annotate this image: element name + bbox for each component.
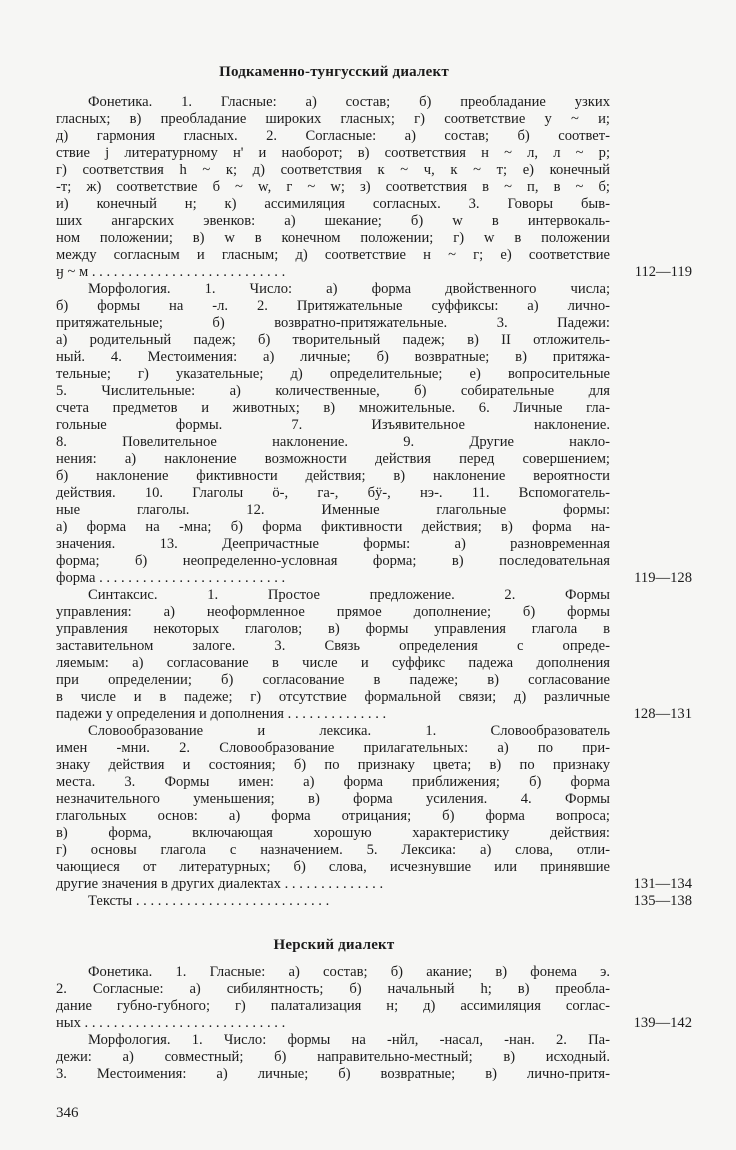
text-line: управления: а) неоформленное прямое допо… [56, 604, 696, 621]
line-text: другие значения в других диалектах . . .… [56, 876, 610, 893]
line-text: между согласным и гласным; д) соответств… [56, 247, 610, 264]
text-line: чающиеся от литературных; б) слова, исче… [56, 859, 696, 876]
line-text: г) основы глагола с назначением. 5. Лекс… [56, 842, 610, 859]
line-text: значения. 13. Деепричастные формы: а) ра… [56, 536, 610, 553]
line-text: счета предметов и животных; в) множитель… [56, 400, 610, 417]
line-text: ном положении; в) w в конечном положении… [56, 230, 610, 247]
line-text: форма; б) неопределенно-условная форма; … [56, 553, 610, 570]
text-line: действия. 10. Глаголы ӧ-, га-, бӱ-, нэ-.… [56, 485, 696, 502]
line-text: а) форма на -мна; б) форма фиктивности д… [56, 519, 610, 536]
toc-entry-line: ӈ ~ м . . . . . . . . . . . . . . . . . … [56, 264, 696, 281]
text-line: управления некоторых глаголов; в) формы … [56, 621, 696, 638]
line-text: и) конечный н; к) ассимиляция согласных.… [56, 196, 610, 213]
text-line: 8. Повелительное наклонение. 9. Другие н… [56, 434, 696, 451]
text-line: гласных; в) преобладание широких гласных… [56, 111, 696, 128]
line-text: места. 3. Формы имен: а) форма приближен… [56, 774, 610, 791]
line-text: Тексты . . . . . . . . . . . . . . . . .… [88, 893, 610, 910]
text-line: 3. Местоимения: а) личные; б) возвратные… [56, 1066, 696, 1083]
line-text: в числе и в падеже; г) отсутствие формал… [56, 689, 610, 706]
line-text: д) гармония гласных. 2. Согласные: а) со… [56, 128, 610, 145]
text-line: Словообразование и лексика. 1. Словообра… [56, 723, 696, 740]
text-line: Синтаксис. 1. Простое предложение. 2. Фо… [56, 587, 696, 604]
text-line: б) формы на -л. 2. Притяжательные суффик… [56, 298, 696, 315]
line-text: гласных; в) преобладание широких гласных… [56, 111, 610, 128]
line-text: дежи: а) совместный; б) направительно-ме… [56, 1049, 610, 1066]
toc-entry-line: Тексты . . . . . . . . . . . . . . . . .… [56, 893, 696, 910]
text-line: форма; б) неопределенно-условная форма; … [56, 553, 696, 570]
line-text: глагольных основ: а) форма отрицания; б)… [56, 808, 610, 825]
text-line: ный. 4. Местоимения: а) личные; б) возвр… [56, 349, 696, 366]
line-text: дание губно-губного; г) палатализация н;… [56, 998, 610, 1015]
toc-entry-line: другие значения в других диалектах . . .… [56, 876, 696, 893]
text-line: глагольных основ: а) форма отрицания; б)… [56, 808, 696, 825]
page-range: 135—138 [622, 893, 692, 910]
text-line: гольные формы. 7. Изъявительное наклонен… [56, 417, 696, 434]
line-text: ствие j литературному н' и наоборот; в) … [56, 145, 610, 162]
line-text: имен -мни. 2. Словообразование прилагате… [56, 740, 610, 757]
document-page: Подкаменно-тунгусский диалект Фонетика. … [0, 0, 736, 1150]
text-line: ные глаголы. 12. Именные глагольные форм… [56, 502, 696, 519]
text-line: значения. 13. Деепричастные формы: а) ра… [56, 536, 696, 553]
text-line: г) основы глагола с назначением. 5. Лекс… [56, 842, 696, 859]
line-text: действия. 10. Глаголы ӧ-, га-, бӱ-, нэ-.… [56, 485, 610, 502]
line-text: 3. Местоимения: а) личные; б) возвратные… [56, 1066, 610, 1083]
line-text: падежи у определения и дополнения . . . … [56, 706, 610, 723]
line-text: ных . . . . . . . . . . . . . . . . . . … [56, 1015, 610, 1032]
text-line: счета предметов и животных; в) множитель… [56, 400, 696, 417]
text-line: -т; ж) соответствие б ~ w, г ~ w; з) соо… [56, 179, 696, 196]
line-text: нения: а) наклонение возможности действи… [56, 451, 610, 468]
line-text: Фонетика. 1. Гласные: а) состав; б) акан… [88, 964, 610, 981]
text-line: ствие j литературному н' и наоборот; в) … [56, 145, 696, 162]
page-range: 131—134 [622, 876, 692, 893]
line-text: при определении; б) согласование в падеж… [56, 672, 610, 689]
text-line: места. 3. Формы имен: а) форма приближен… [56, 774, 696, 791]
line-text: г) соответствия h ~ к; д) соответствия к… [56, 162, 610, 179]
toc-entry-line: ных . . . . . . . . . . . . . . . . . . … [56, 1015, 696, 1032]
line-text: тельные; г) указательные; д) определител… [56, 366, 610, 383]
text-line: между согласным и гласным; д) соответств… [56, 247, 696, 264]
line-text: гольные формы. 7. Изъявительное наклонен… [56, 417, 610, 434]
text-line: при определении; б) согласование в падеж… [56, 672, 696, 689]
line-text: управления некоторых глаголов; в) формы … [56, 621, 610, 638]
text-line: в) форма, включающая хорошую характерист… [56, 825, 696, 842]
text-line: притяжательные; б) возвратно-притяжатель… [56, 315, 696, 332]
text-line: в числе и в падеже; г) отсутствие формал… [56, 689, 696, 706]
text-line: 5. Числительные: а) количественные, б) с… [56, 383, 696, 400]
text-line: а) форма на -мна; б) форма фиктивности д… [56, 519, 696, 536]
page-range: 139—142 [622, 1015, 692, 1032]
toc-entry-line: падежи у определения и дополнения . . . … [56, 706, 696, 723]
line-text: ших ангарских эвенков: а) шекание; б) w … [56, 213, 610, 230]
line-text: притяжательные; б) возвратно-притяжатель… [56, 315, 610, 332]
page-range: 112—119 [622, 264, 692, 281]
line-text: 2. Согласные: а) сибилянтность; б) начал… [56, 981, 610, 998]
text-line: имен -мни. 2. Словообразование прилагате… [56, 740, 696, 757]
line-text: заставительном залоге. 3. Связь определе… [56, 638, 610, 655]
text-line: заставительном залоге. 3. Связь определе… [56, 638, 696, 655]
line-text: в) форма, включающая хорошую характерист… [56, 825, 610, 842]
line-text: а) родительный падеж; б) творительный па… [56, 332, 610, 349]
line-text: Синтаксис. 1. Простое предложение. 2. Фо… [88, 587, 610, 604]
line-text: б) формы на -л. 2. Притяжательные суффик… [56, 298, 610, 315]
text-line: а) родительный падеж; б) творительный па… [56, 332, 696, 349]
text-line: дание губно-губного; г) палатализация н;… [56, 998, 696, 1015]
page-range: 119—128 [622, 570, 692, 587]
page-range: 128—131 [622, 706, 692, 723]
text-line: тельные; г) указательные; д) определител… [56, 366, 696, 383]
text-line: ших ангарских эвенков: а) шекание; б) w … [56, 213, 696, 230]
line-text: б) наклонение фиктивности действия; в) н… [56, 468, 610, 485]
line-text: ляемым: а) согласование в числе и суффик… [56, 655, 610, 672]
line-text: Морфология. 1. Число: а) форма двойствен… [88, 281, 610, 298]
text-line: Фонетика. 1. Гласные: а) состав; б) акан… [56, 964, 696, 981]
page-number: 346 [56, 1105, 79, 1122]
text-line: дежи: а) совместный; б) направительно-ме… [56, 1049, 696, 1066]
section-heading: Подкаменно-тунгусский диалект [56, 64, 612, 81]
line-text: -т; ж) соответствие б ~ w, г ~ w; з) соо… [56, 179, 610, 196]
text-line: д) гармония гласных. 2. Согласные: а) со… [56, 128, 696, 145]
line-text: Морфология. 1. Число: формы на -нйл, -на… [88, 1032, 610, 1049]
line-text: Фонетика. 1. Гласные: а) состав; б) прео… [88, 94, 610, 111]
text-line: 2. Согласные: а) сибилянтность; б) начал… [56, 981, 696, 998]
text-line: г) соответствия h ~ к; д) соответствия к… [56, 162, 696, 179]
toc-entry-line: форма . . . . . . . . . . . . . . . . . … [56, 570, 696, 587]
line-text: чающиеся от литературных; б) слова, исче… [56, 859, 610, 876]
line-text: управления: а) неоформленное прямое допо… [56, 604, 610, 621]
line-text: форма . . . . . . . . . . . . . . . . . … [56, 570, 610, 587]
section-heading: Нерский диалект [56, 937, 612, 954]
line-text: знаку действия и состояния; б) по призна… [56, 757, 610, 774]
line-text: ӈ ~ м . . . . . . . . . . . . . . . . . … [56, 264, 610, 281]
line-text: ные глаголы. 12. Именные глагольные форм… [56, 502, 610, 519]
text-line: Морфология. 1. Число: а) форма двойствен… [56, 281, 696, 298]
text-line: б) наклонение фиктивности действия; в) н… [56, 468, 696, 485]
text-line: ляемым: а) согласование в числе и суффик… [56, 655, 696, 672]
text-line: знаку действия и состояния; б) по призна… [56, 757, 696, 774]
text-line: нения: а) наклонение возможности действи… [56, 451, 696, 468]
line-text: 8. Повелительное наклонение. 9. Другие н… [56, 434, 610, 451]
line-text: незначительного уменьшения; в) форма уси… [56, 791, 610, 808]
text-line: Фонетика. 1. Гласные: а) состав; б) прео… [56, 94, 696, 111]
text-line: незначительного уменьшения; в) форма уси… [56, 791, 696, 808]
line-text: Словообразование и лексика. 1. Словообра… [88, 723, 610, 740]
line-text: 5. Числительные: а) количественные, б) с… [56, 383, 610, 400]
text-line: Морфология. 1. Число: формы на -нйл, -на… [56, 1032, 696, 1049]
text-line: ном положении; в) w в конечном положении… [56, 230, 696, 247]
line-text: ный. 4. Местоимения: а) личные; б) возвр… [56, 349, 610, 366]
text-line: и) конечный н; к) ассимиляция согласных.… [56, 196, 696, 213]
